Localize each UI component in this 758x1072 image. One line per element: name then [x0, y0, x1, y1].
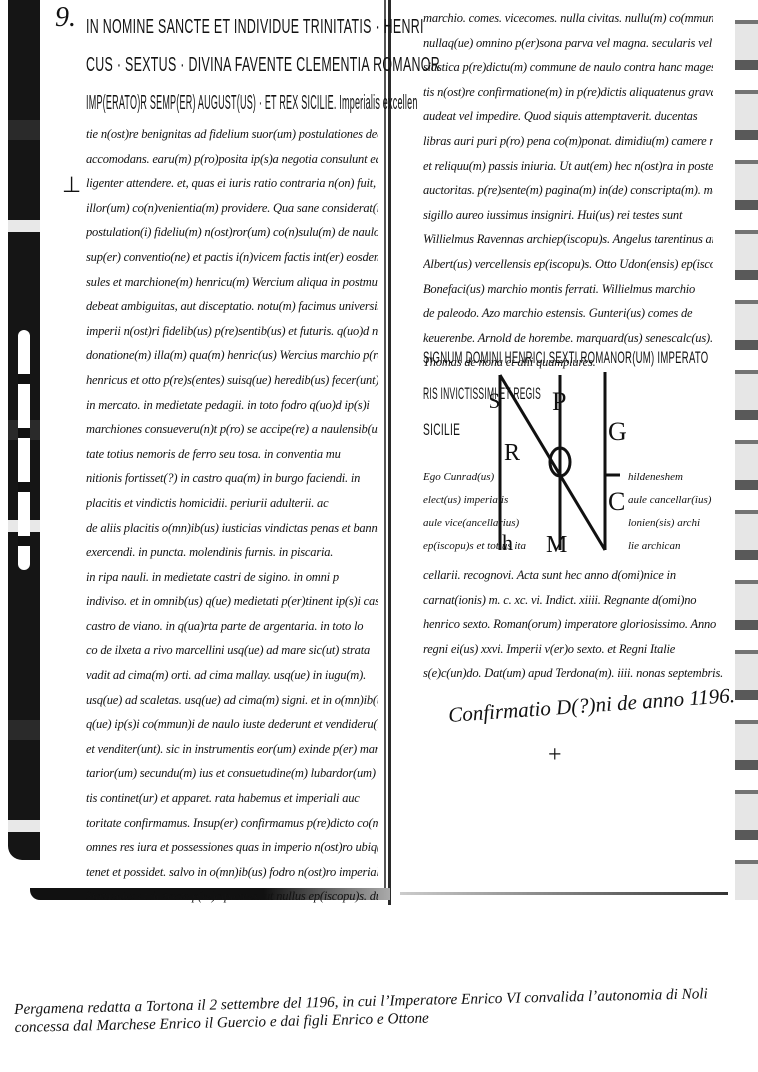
svg-text:C: C — [608, 487, 625, 516]
witness-line: Ego Cunrad(us) — [423, 466, 526, 489]
text-line: sup(er) conventio(ne) et pactis i(n)vice… — [86, 245, 378, 270]
text-line: omnes res iura et possessiones quas in i… — [86, 835, 378, 860]
figure-caption: Pergamena redatta a Tortona il 2 settemb… — [14, 984, 755, 1037]
text-line: regni ei(us) xxvi. Imperii v(er)o sexto.… — [423, 637, 723, 662]
text-line: postulation(i) fideliu(m) n(ost)ror(um) … — [86, 220, 378, 245]
text-line: placitis et vindictis homicidii. periuri… — [86, 491, 378, 516]
left-page: IN NOMINE SANCTE ET INDIVIDUE TRINITATIS… — [86, 8, 378, 909]
left-page-edge — [384, 0, 386, 890]
text-line: tenet et possidet. salvo in o(mn)ib(us) … — [86, 860, 378, 885]
text-line: sules et marchione(m) henricu(m) Wercium… — [86, 270, 378, 295]
text-line: imperii n(ost)ri fidelib(us) p(re)sentib… — [86, 319, 378, 344]
page-gutter — [388, 0, 391, 905]
text-line: sigillo aureo iussimus insigniri. Hui(us… — [423, 203, 713, 228]
witness-line: aule cancellar(ius) — [628, 489, 711, 512]
text-line: de aliis placitis o(mn)ib(us) iusticias … — [86, 516, 378, 541]
left-heading: IN NOMINE SANCTE ET INDIVIDUE TRINITATIS… — [86, 8, 378, 122]
heading-line: CUS · SEXTUS · DIVINA FAVENTE CLEMENTIA … — [86, 46, 267, 84]
folio-number: 9. — [55, 2, 76, 34]
witness-line: ep(iscopu)s et totius ita — [423, 535, 526, 558]
svg-text:S: S — [490, 388, 500, 413]
text-line: audeat vel impedire. Quod siquis attempt… — [423, 104, 713, 129]
witness-line: hildeneshem — [628, 466, 711, 489]
text-line: Bonefaci(us) marchio montis ferrati. Wil… — [423, 277, 713, 302]
manuscript-scan: 9. ⊥ IN NOMINE SANCTE ET INDIVIDUE TRINI… — [0, 0, 758, 905]
text-line: debeat ambiguitas, aut disceptatio. notu… — [86, 294, 378, 319]
binding-spine — [8, 0, 40, 860]
text-line: tis continet(ur) et apparet. rata habemu… — [86, 786, 378, 811]
witness-line: aule vice(ancellarius) — [423, 512, 526, 535]
right-page-edge — [735, 0, 758, 900]
witness-left: Ego Cunrad(us) elect(us) imperialis aule… — [423, 466, 526, 558]
text-line: Statuentes et districte p(re)cipientes. … — [86, 884, 378, 909]
text-line: henrico sexto. Roman(orum) imperatore gl… — [423, 612, 723, 637]
text-line: tie n(ost)re benignitas ad fidelium suor… — [86, 122, 378, 147]
text-line: henricus et otto p(re)s(entes) suisq(ue)… — [86, 368, 378, 393]
text-line: tate totius nemoris de ferro seu tosa. i… — [86, 442, 378, 467]
svg-text:M: M — [546, 532, 567, 558]
text-line: et venditer(unt). sic in instrumentis eo… — [86, 737, 378, 762]
text-line: illor(um) co(n)venientia(m) providere. Q… — [86, 196, 378, 221]
text-line: indiviso. et in omnib(us) q(ue) medietat… — [86, 589, 378, 614]
text-line: in mercato. in medietate pedagii. in tot… — [86, 393, 378, 418]
text-line: Albert(us) vercellensis ep(iscopu)s. Ott… — [423, 252, 713, 277]
text-line: et reliquu(m) passis iniuria. Ut aut(em)… — [423, 154, 713, 179]
witness-line: elect(us) imperialis — [423, 489, 526, 512]
dating-clause: cellarii. recognovi. Acta sunt hec anno … — [423, 563, 723, 686]
text-line: co de ilxeta a rivo marcellini usq(ue) a… — [86, 638, 378, 663]
text-line: cellarii. recognovi. Acta sunt hec anno … — [423, 563, 723, 588]
text-line: s(e)c(un)do. Dat(um) apud Terdona(m). ii… — [423, 661, 723, 686]
text-line: castro de viano. in q(ua)rta parte de ar… — [86, 614, 378, 639]
text-line: tis n(ost)re confirmatione(m) in p(re)di… — [423, 80, 713, 105]
heading-line: IMP(ERATO)R SEMP(ER) AUGUST(US) · ET REX… — [86, 84, 217, 122]
later-annotation: Confirmatio D(?)ni de anno 1196. — [447, 683, 735, 728]
text-line: toritate confirmamus. Insup(er) confirma… — [86, 811, 378, 836]
text-line: nitionis fortisset(?) in castro qua(m) i… — [86, 466, 378, 491]
margin-mark: ⊥ — [62, 172, 81, 198]
text-line: exercendi. in puncta. molendinis furnis.… — [86, 540, 378, 565]
text-line: in ripa nauli. in medietate castri de si… — [86, 565, 378, 590]
witness-right: hildeneshem aule cancellar(ius) lonien(s… — [628, 466, 711, 558]
text-line: auctoritas. p(re)sente(m) pagina(m) in(d… — [423, 178, 713, 203]
cross-mark: + — [548, 742, 562, 769]
svg-text:G: G — [608, 417, 627, 446]
text-line: marchio. comes. vicecomes. nulla civitas… — [423, 6, 713, 31]
text-line: siastica p(re)dictu(m) commune de naulo … — [423, 55, 713, 80]
text-line: Willielmus Ravennas archiep(iscopu)s. An… — [423, 227, 713, 252]
text-line: vadit ad cima(m) orti. ad cima mallay. u… — [86, 663, 378, 688]
heading-line: IN NOMINE SANCTE ET INDIVIDUE TRINITATIS… — [86, 8, 267, 46]
right-page-bottom-edge — [400, 892, 728, 895]
text-line: donatione(m) illa(m) qua(m) henric(us) W… — [86, 343, 378, 368]
text-line: carnat(ionis) m. c. xc. vi. Indict. xiii… — [423, 588, 723, 613]
text-line: nullaq(ue) omnino p(er)sona parva vel ma… — [423, 31, 713, 56]
text-line: libras auri puri p(ro) pena co(m)ponat. … — [423, 129, 713, 154]
text-line: usq(ue) ad scaletas. usq(ue) ad cima(m) … — [86, 688, 378, 713]
text-line: tarior(um) secundu(m) ius et consuetudin… — [86, 761, 378, 786]
witness-line: lonien(sis) archi — [628, 512, 711, 535]
text-line: ligenter attendere. et, quas ei iuris ra… — [86, 171, 378, 196]
text-line: q(ue) ip(s)i co(mmun)i de naulo iuste de… — [86, 712, 378, 737]
text-line: marchiones consueveru(n)t p(ro) se accip… — [86, 417, 378, 442]
witness-line: lie archican — [628, 535, 711, 558]
text-line: accomodans. earu(m) p(ro)posita ip(s)a n… — [86, 147, 378, 172]
text-line: de paleodo. Azo marchio estensis. Gunter… — [423, 301, 713, 326]
right-page: marchio. comes. vicecomes. nulla civitas… — [423, 6, 713, 375]
left-body-text: tie n(ost)re benignitas ad fidelium suor… — [86, 122, 378, 909]
svg-text:R: R — [504, 440, 520, 466]
svg-text:P: P — [552, 387, 566, 416]
